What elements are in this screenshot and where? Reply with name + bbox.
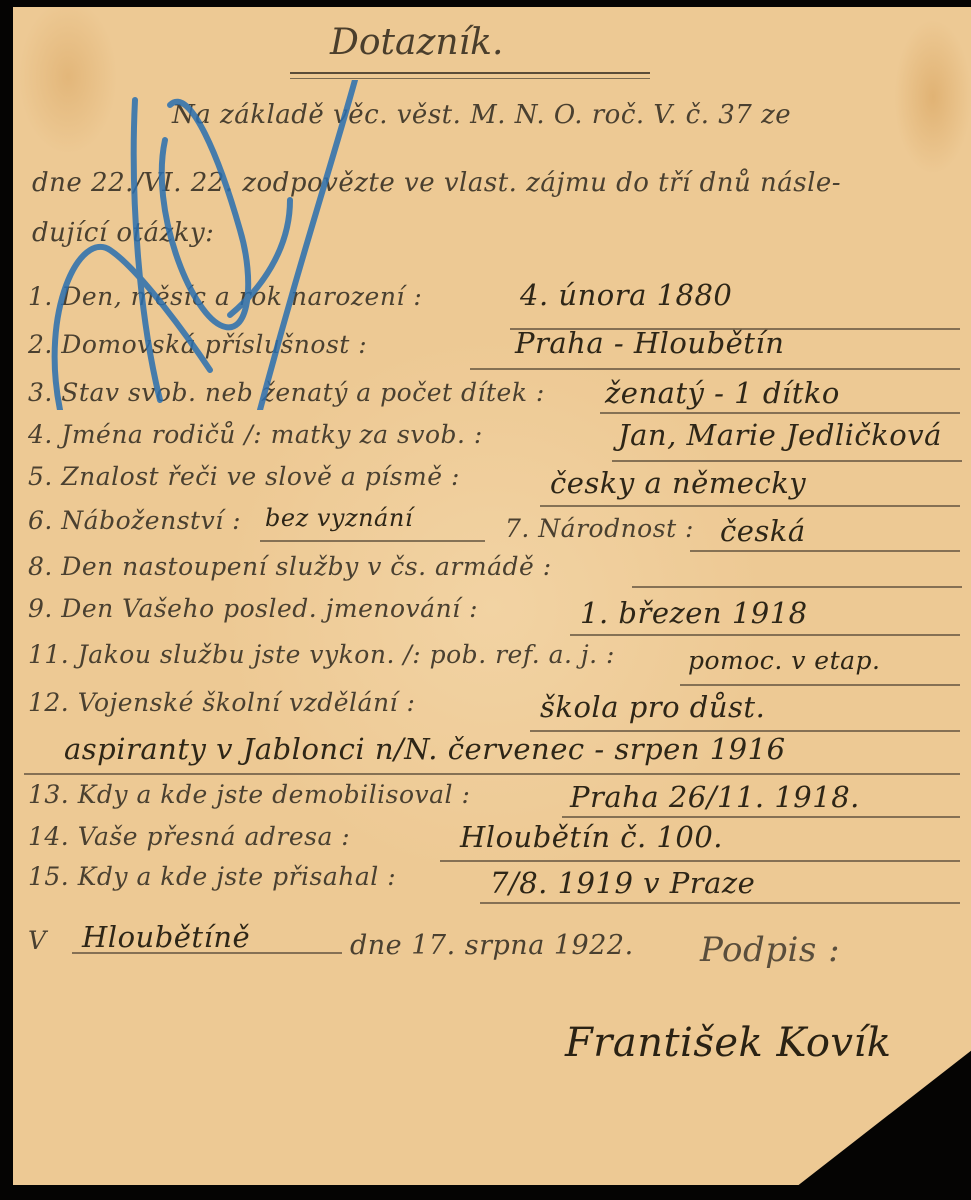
answer-line [680, 684, 960, 686]
question-11-answer: pomoc. v etap. [688, 646, 880, 675]
signature: František Kovík [565, 1020, 892, 1066]
question-15-label: 15. Kdy a kde jste přisahal : [28, 862, 396, 891]
question-7-answer: česká [720, 514, 806, 548]
answer-line [260, 540, 485, 542]
question-11-label: 11. Jakou službu jste vykon. /: pob. ref… [28, 640, 615, 669]
question-1-answer: 4. února 1880 [520, 278, 732, 312]
question-3-answer: ženatý - 1 dítko [605, 376, 840, 410]
footer-place: Hloubětíně [82, 920, 250, 954]
answer-line [24, 773, 960, 775]
place-underline [72, 952, 342, 954]
question-12-label: 12. Vojenské školní vzdělání : [28, 688, 415, 717]
footer-date: dne 17. srpna 1922. [350, 930, 634, 961]
answer-line [600, 412, 960, 414]
question-13-label: 13. Kdy a kde jste demobilisoval : [28, 780, 470, 809]
footer-prefix: V [28, 926, 47, 955]
answer-line [470, 368, 960, 370]
question-13-answer: Praha 26/11. 1918. [570, 780, 860, 814]
question-9-answer: 1. březen 1918 [580, 596, 808, 630]
question-5-label: 5. Znalost řeči ve slově a písmě : [28, 462, 460, 491]
signature-label: Podpis : [700, 930, 840, 970]
answer-line [570, 634, 960, 636]
answer-line [690, 550, 960, 552]
question-7-label: 7. Národnost : [505, 514, 694, 543]
blue-pencil-mark-icon [40, 80, 360, 410]
question-14-answer: Hloubětín č. 100. [460, 820, 723, 854]
answer-line [632, 586, 962, 588]
question-15-answer: 7/8. 1919 v Praze [490, 866, 755, 900]
document-title: Dotazník. [330, 22, 503, 63]
question-4-label: 4. Jména rodičů /: matky za svob. : [28, 420, 483, 449]
question-12-answer-continued: aspiranty v Jablonci n/N. červenec - srp… [64, 732, 786, 766]
question-6-label: 6. Náboženství : [28, 506, 241, 535]
question-5-answer: česky a německy [550, 466, 806, 500]
question-9-label: 9. Den Vašeho posled. jmenování : [28, 594, 478, 623]
answer-line [540, 505, 960, 507]
question-6-answer: bez vyznání [265, 504, 413, 532]
question-14-label: 14. Vaše přesná adresa : [28, 822, 350, 851]
answer-line [480, 902, 960, 904]
answer-line [562, 816, 960, 818]
answer-line [612, 460, 962, 462]
question-2-answer: Praha - Hloubětín [515, 326, 784, 360]
question-8-label: 8. Den nastoupení služby v čs. armádě : [28, 552, 552, 581]
title-underline [290, 72, 650, 79]
question-4-answer: Jan, Marie Jedličková [618, 418, 942, 452]
answer-line [440, 860, 960, 862]
question-12-answer: škola pro důst. [540, 690, 765, 724]
